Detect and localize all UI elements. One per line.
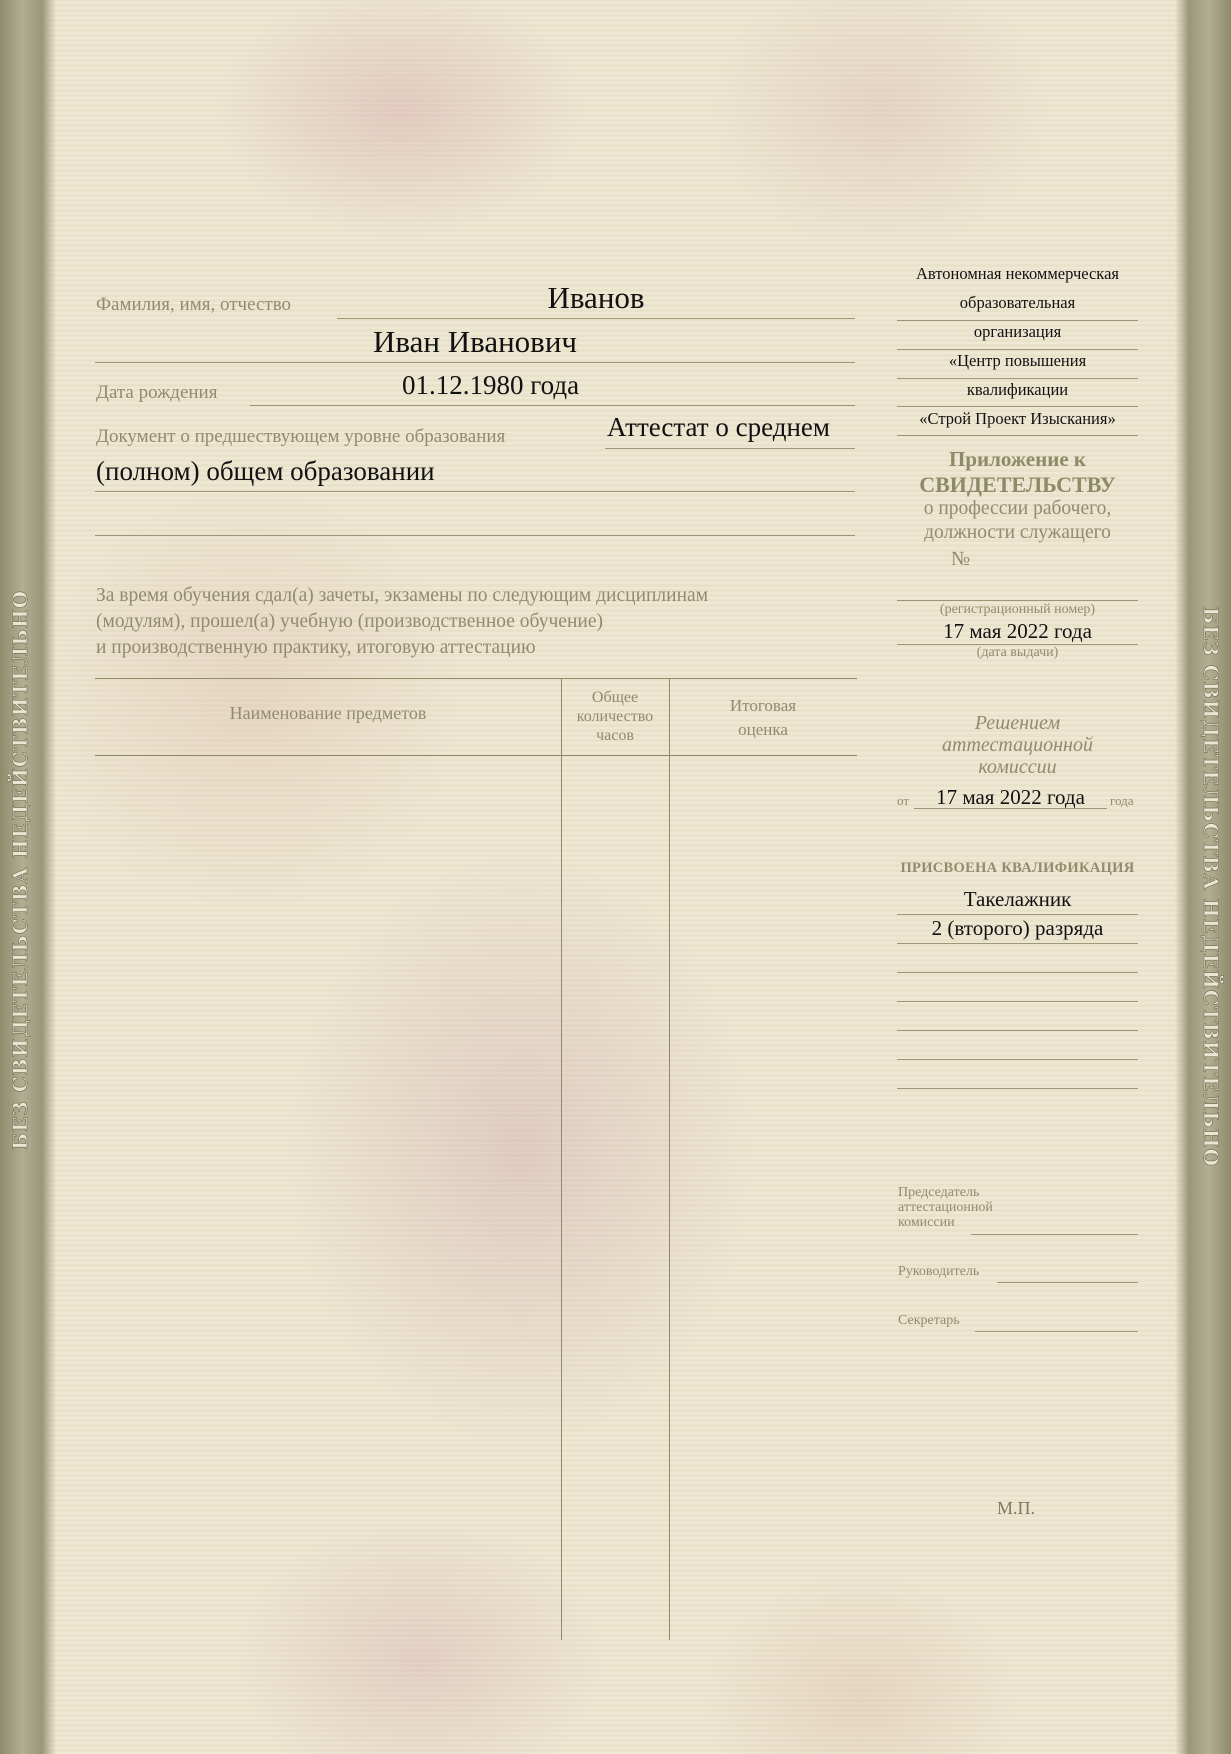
org-underline-2 <box>897 349 1138 350</box>
decision-date-value: 17 мая 2022 года <box>914 785 1107 810</box>
reg-number-caption: (регистрационный номер) <box>895 602 1140 618</box>
name-patronymic-value: Иван Иванович <box>95 324 855 360</box>
director-label: Руководитель <box>898 1264 979 1280</box>
col-header-hours-3: часов <box>561 726 669 745</box>
col-header-hours: Общее количество часов <box>561 688 669 745</box>
director-signature-line <box>997 1282 1138 1283</box>
qualification-grade-value: 2 (второго) разряда <box>895 916 1140 941</box>
prev-doc-value-2: (полном) общем образовании <box>96 456 435 487</box>
chairman-label-3: комиссии <box>898 1215 993 1230</box>
qualification-value: Такелажник <box>895 887 1140 912</box>
issue-date-caption: (дата выдачи) <box>895 645 1140 661</box>
org-line-4: «Центр повышения <box>895 351 1140 371</box>
decision-from-suffix: года <box>1110 793 1134 809</box>
issue-date-value: 17 мая 2022 года <box>895 619 1140 644</box>
secretary-label: Секретарь <box>898 1313 960 1329</box>
appendix-subtitle-1: о профессии рабочего, <box>895 498 1140 520</box>
right-border-text: БЕЗ СВИДЕТЕЛЬСТВА НЕДЕЙСТВИТЕЛЬНО <box>1199 607 1223 1119</box>
col-header-grade: Итоговая оценка <box>669 694 857 742</box>
fio-underline <box>337 318 855 319</box>
intro-line-1: За время обучения сдал(а) зачеты, экзаме… <box>96 583 708 609</box>
chairman-label-1: Председатель <box>898 1185 993 1200</box>
col-header-subject: Наименование предметов <box>95 703 561 724</box>
appendix-title-1: Приложение к <box>895 447 1140 472</box>
col-header-hours-2: количество <box>561 707 669 726</box>
decision-from-prefix: от <box>897 793 909 809</box>
secretary-signature-line <box>975 1331 1138 1332</box>
fio-underline-2 <box>95 362 855 363</box>
intro-text: За время обучения сдал(а) зачеты, экзаме… <box>96 583 708 661</box>
birth-date-underline <box>250 405 855 406</box>
birth-date-label: Дата рождения <box>96 382 217 404</box>
qualification-underline-4 <box>897 1001 1138 1002</box>
fio-label: Фамилия, имя, отчество <box>96 294 291 316</box>
col-header-grade-2: оценка <box>669 718 857 742</box>
qualification-heading: ПРИСВОЕНА КВАЛИФИКАЦИЯ <box>895 860 1140 877</box>
prev-doc-underline-3 <box>95 535 855 536</box>
surname-value: Иванов <box>337 280 855 316</box>
qualification-underline-3 <box>897 972 1138 973</box>
org-line-3: организация <box>895 322 1140 342</box>
qualification-underline-7 <box>897 1088 1138 1089</box>
number-sign: № <box>951 548 970 571</box>
qualification-underline-5 <box>897 1030 1138 1031</box>
org-underline-3 <box>897 378 1138 379</box>
appendix-title-2: СВИДЕТЕЛЬСТВУ <box>895 472 1140 498</box>
intro-line-2: (модулям), прошел(а) учебную (производст… <box>96 609 708 635</box>
decision-line-2: аттестационной <box>895 734 1140 756</box>
qualification-underline-2 <box>897 943 1138 944</box>
left-border-text: БЕЗ СВИДЕТЕЛЬСТВА НЕДЕЙСТВИТЕЛЬНО <box>8 590 32 1150</box>
org-underline-5 <box>897 435 1138 436</box>
chairman-label-2: аттестационной <box>898 1200 993 1215</box>
org-underline-1 <box>897 320 1138 321</box>
decision-line-1: Решением <box>895 712 1140 734</box>
prev-doc-underline <box>605 448 855 449</box>
org-underline-4 <box>897 406 1138 407</box>
org-line-5: квалификации <box>895 380 1140 400</box>
intro-line-3: и производственную практику, итоговую ат… <box>96 635 708 661</box>
chairman-signature-line <box>971 1234 1138 1235</box>
prev-doc-value-1: Аттестат о среднем <box>607 412 830 443</box>
col-header-grade-1: Итоговая <box>669 694 857 718</box>
decision-line-3: комиссии <box>895 756 1140 778</box>
stamp-place-label: М.П. <box>997 1498 1035 1519</box>
chairman-label: Председатель аттестационной комиссии <box>898 1185 993 1230</box>
prev-doc-underline-2 <box>95 491 855 492</box>
decision-heading: Решением аттестационной комиссии <box>895 712 1140 778</box>
qualification-underline-6 <box>897 1059 1138 1060</box>
org-line-2: образовательная <box>895 293 1140 313</box>
col-header-hours-1: Общее <box>561 688 669 707</box>
birth-date-value: 01.12.1980 года <box>402 370 579 401</box>
reg-number-underline <box>897 600 1138 601</box>
org-line-1: Автономная некоммерческая <box>895 264 1140 284</box>
prev-doc-label: Документ о предшествующем уровне образов… <box>96 426 505 448</box>
appendix-subtitle-2: должности служащего <box>895 522 1140 544</box>
table-col-divider-2 <box>669 678 670 1640</box>
table-top-border <box>95 678 857 679</box>
qualification-underline-1 <box>897 914 1138 915</box>
org-line-6: «Строй Проект Изыскания» <box>895 409 1140 429</box>
table-header-border <box>95 755 857 756</box>
table-col-divider-1 <box>561 678 562 1640</box>
